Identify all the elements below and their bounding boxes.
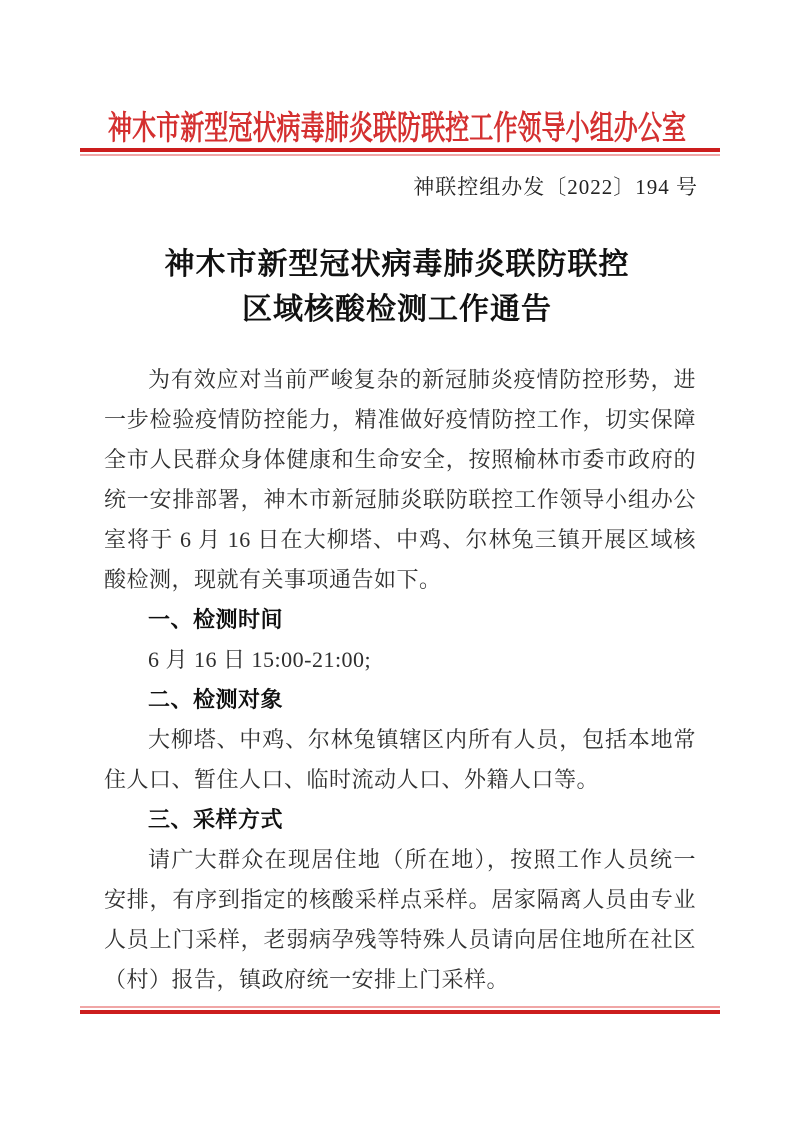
document-reference-number: 神联控组办发〔2022〕194 号	[0, 172, 794, 202]
intro-paragraph: 为有效应对当前严峻复杂的新冠肺炎疫情防控形势，进一步检验疫情防控能力，精准做好疫…	[104, 360, 696, 600]
section-2-text: 大柳塔、中鸡、尔林兔镇辖区内所有人员，包括本地常住人口、暂住人口、临时流动人口、…	[104, 720, 696, 800]
section-1-heading: 一、检测时间	[104, 600, 696, 640]
section-3-heading: 三、采样方式	[104, 800, 696, 840]
section-3-text: 请广大群众在现居住地（所在地），按照工作人员统一安排，有序到指定的核酸采样点采样…	[104, 840, 696, 1000]
document-body: 为有效应对当前严峻复杂的新冠肺炎疫情防控形势，进一步检验疫情防控能力，精准做好疫…	[0, 360, 794, 1000]
letterhead: 神木市新型冠状病毒肺炎联防联控工作领导小组办公室	[0, 102, 794, 142]
official-notice-page: 神木市新型冠状病毒肺炎联防联控工作领导小组办公室 神联控组办发〔2022〕194…	[0, 0, 794, 1123]
divider-thin-bar	[80, 154, 720, 156]
footer-divider	[80, 1006, 720, 1014]
document-title-line1: 神木市新型冠状病毒肺炎联防联控	[0, 242, 794, 287]
document-title: 神木市新型冠状病毒肺炎联防联控 区域核酸检测工作通告	[0, 242, 794, 332]
letterhead-divider	[80, 148, 720, 156]
letterhead-org-title: 神木市新型冠状病毒肺炎联防联控工作领导小组办公室	[108, 102, 686, 149]
section-2-heading: 二、检测对象	[104, 680, 696, 720]
document-title-line2: 区域核酸检测工作通告	[0, 287, 794, 332]
footer-divider-thick-bar	[80, 1010, 720, 1014]
section-1-text: 6 月 16 日 15:00-21:00;	[104, 640, 696, 680]
